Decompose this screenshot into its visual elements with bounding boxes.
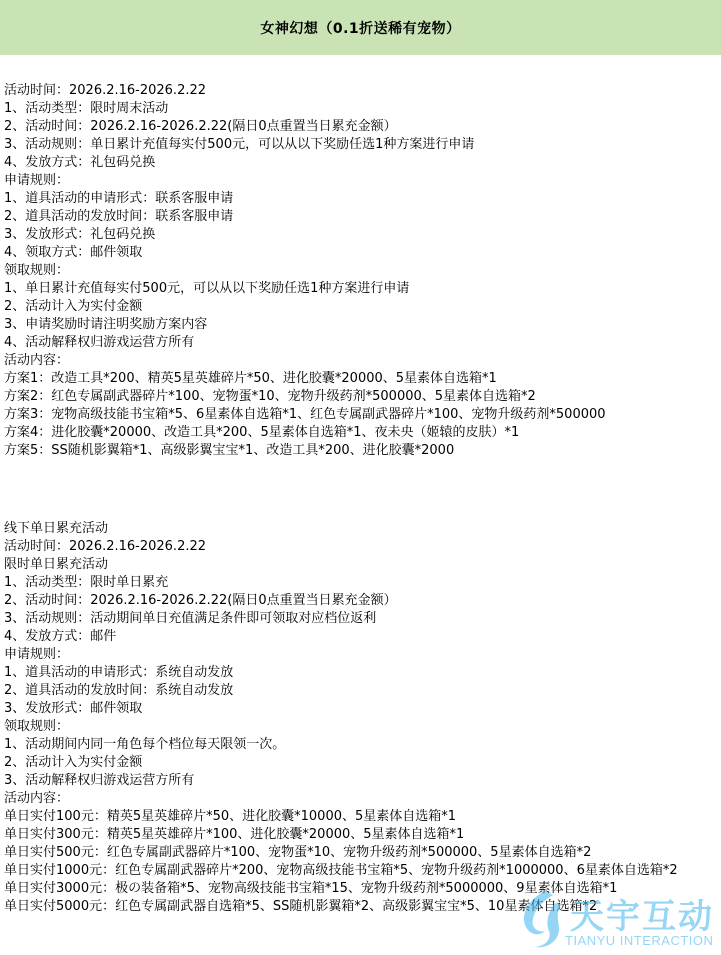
apply-rule-item: 3、发放形式：礼包码兑换 (4, 226, 717, 244)
activity-type: 1、活动类型：限时周末活动 (4, 100, 717, 118)
claim-rule-item: 1、单日累计充值每实付500元，可以从以下奖励任选1种方案进行申请 (4, 280, 717, 298)
activity-time: 活动时间：2026.2.16-2026.2.22 (4, 82, 717, 100)
content-heading: 活动内容： (4, 790, 717, 808)
content-heading: 活动内容： (4, 352, 717, 370)
tier-5000: 单日实付5000元：红色专属副武器自选箱*5、SS随机影翼箱*2、高级影翼宝宝*… (4, 898, 717, 916)
title-banner: 女神幻想（0.1折送稀有宠物） (0, 0, 721, 55)
apply-rule-item: 1、道具活动的申请形式：联系客服申请 (4, 190, 717, 208)
reward-plan-1: 方案1：改造工具*200、精英5星英雄碎片*50、进化胶囊*20000、5星素体… (4, 370, 717, 388)
claim-rules-heading: 领取规则： (4, 718, 717, 736)
apply-rule-item: 3、发放形式：邮件领取 (4, 700, 717, 718)
reward-plan-5: 方案5：SS随机影翼箱*1、高级影翼宝宝*1、改造工具*200、进化胶囊*200… (4, 442, 717, 460)
reward-plan-3: 方案3：宠物高级技能书宝箱*5、6星素体自选箱*1、红色专属副武器碎片*100、… (4, 406, 717, 424)
reward-plan-4: 方案4：进化胶囊*20000、改造工具*200、5星素体自选箱*1、夜未央（姬辕… (4, 424, 717, 442)
claim-rule-item: 3、活动解释权归游戏运营方所有 (4, 772, 717, 790)
apply-rules-heading: 申请规则： (4, 172, 717, 190)
tier-3000: 单日实付3000元：极の装备箱*5、宠物高级技能书宝箱*15、宠物升级药剂*50… (4, 880, 717, 898)
apply-rule-item: 4、领取方式：邮件领取 (4, 244, 717, 262)
tier-1000: 单日实付1000元：红色专属副武器碎片*200、宠物高级技能书宝箱*5、宠物升级… (4, 862, 717, 880)
activity-period: 2、活动时间：2026.2.16-2026.2.22(隔日0点重置当日累充金额） (4, 592, 717, 610)
apply-rules-heading: 申请规则： (4, 646, 717, 664)
activity-time: 活动时间：2026.2.16-2026.2.22 (4, 538, 717, 556)
claim-rule-item: 4、活动解释权归游戏运营方所有 (4, 334, 717, 352)
reward-plan-2: 方案2：红色专属副武器碎片*100、宠物蛋*10、宠物升级药剂*500000、5… (4, 388, 717, 406)
apply-rule-item: 2、道具活动的发放时间：系统自动发放 (4, 682, 717, 700)
claim-rules-heading: 领取规则： (4, 262, 717, 280)
activity-rule: 3、活动规则：活动期间单日充值满足条件即可领取对应档位返利 (4, 610, 717, 628)
tier-300: 单日实付300元：精英5星英雄碎片*100、进化胶囊*20000、5星素体自选箱… (4, 826, 717, 844)
watermark-text-en: TIANYU INTERACTION (565, 933, 713, 948)
delivery-method: 4、发放方式：礼包码兑换 (4, 154, 717, 172)
section-title: 线下单日累充活动 (4, 520, 717, 538)
tier-500: 单日实付500元：红色专属副武器碎片*100、宠物蛋*10、宠物升级药剂*500… (4, 844, 717, 862)
apply-rule-item: 1、道具活动的申请形式：系统自动发放 (4, 664, 717, 682)
claim-rule-item: 2、活动计入为实付金额 (4, 754, 717, 772)
activity-rule: 3、活动规则：单日累计充值每实付500元，可以从以下奖励任选1种方案进行申请 (4, 136, 717, 154)
page-title: 女神幻想（0.1折送稀有宠物） (260, 18, 460, 38)
apply-rule-item: 2、道具活动的发放时间：联系客服申请 (4, 208, 717, 226)
delivery-method: 4、发放方式：邮件 (4, 628, 717, 646)
activity-period: 2、活动时间：2026.2.16-2026.2.22(隔日0点重置当日累充金额） (4, 118, 717, 136)
tier-100: 单日实付100元：精英5星英雄碎片*50、进化胶囊*10000、5星素体自选箱*… (4, 808, 717, 826)
claim-rule-item: 2、活动计入为实付金额 (4, 298, 717, 316)
activity-type: 1、活动类型：限时单日累充 (4, 574, 717, 592)
daily-recharge-section: 线下单日累充活动 活动时间：2026.2.16-2026.2.22 限时单日累充… (4, 520, 717, 916)
claim-rule-item: 3、申请奖励时请注明奖励方案内容 (4, 316, 717, 334)
activity-subtitle: 限时单日累充活动 (4, 556, 717, 574)
claim-rule-item: 1、活动期间内同一角色每个档位每天限领一次。 (4, 736, 717, 754)
weekend-activity-section: 活动时间：2026.2.16-2026.2.22 1、活动类型：限时周末活动 2… (4, 82, 717, 460)
